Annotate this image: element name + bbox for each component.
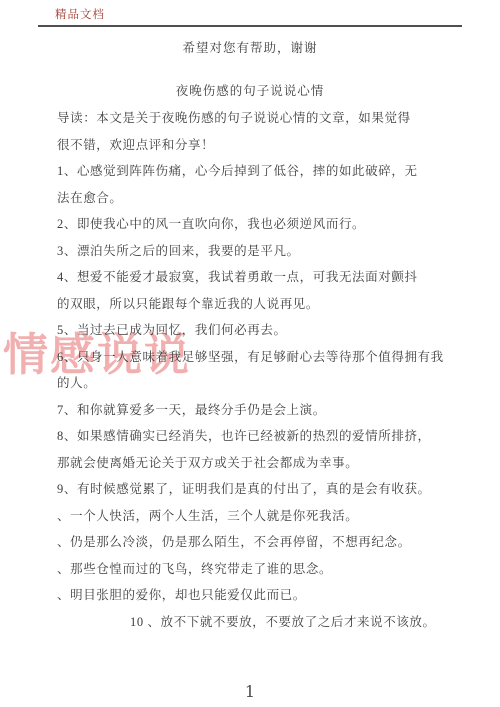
body-line: 3、漂泊失所之后的回来，我要的是平凡。 (57, 244, 462, 258)
body-line: 5、当过去已成为回忆，我们何必再去。 (57, 323, 462, 337)
closing-line: 10 、放不下就不要放，不要放了之后才来说不该放。 (0, 615, 500, 629)
body-line: 2、即使我心中的风一直吹向你，我也必须逆风而行。 (57, 217, 462, 231)
body-line: 7、和你就算爱多一天，最终分手仍是会上演。 (57, 403, 462, 417)
document-title: 夜晚伤感的句子说说心情 (0, 84, 500, 98)
body-line: 1、心感觉到阵阵伤痛，心今后掉到了低谷，摔的如此破碎，无 (57, 164, 462, 178)
body-line: 法在愈合。 (57, 191, 462, 205)
body-line: 、明目张胆的爱你，却也只能爱仅此而已。 (57, 588, 462, 602)
body-line: 4、想爱不能爱才最寂寞，我试着勇敢一点，可我无法面对颤抖 (57, 270, 462, 284)
greeting-line: 希望对您有帮助，谢谢 (0, 41, 500, 55)
body-line: 那就会使离婚无论关于双方或关于社会都成为幸事。 (57, 456, 462, 470)
body-line: 、仍是那么冷淡，仍是那么陌生，不会再停留，不想再纪念。 (57, 535, 462, 549)
body-line: 很不错，欢迎点评和分享！ (57, 138, 462, 152)
body-line: 6、只身一人意味着我足够坚强，有足够耐心去等待那个值得拥有我 (57, 350, 462, 364)
body-line: 的人。 (57, 376, 462, 390)
body-line: 9、有时候感觉累了，证明我们是真的付出了，真的是会有收获。 (57, 482, 462, 496)
body-line: 8、如果感情确实已经消失，也许已经被新的热烈的爱情所排挤， (57, 429, 462, 443)
document-body: 导读：本文是关于夜晚伤感的句子说说心情的文章，如果觉得 很不错，欢迎点评和分享！… (0, 111, 500, 602)
body-line: 导读：本文是关于夜晚伤感的句子说说心情的文章，如果觉得 (57, 111, 462, 125)
page-number: 1 (0, 683, 500, 701)
body-line: 的双眼，所以只能跟每个靠近我的人说再见。 (57, 297, 462, 311)
document-page: 精品文档 希望对您有帮助，谢谢 夜晚伤感的句子说说心情 情感说说 导读：本文是关… (0, 0, 500, 707)
body-line: 、那些仓惶而过的飞鸟，终究带走了谁的思念。 (57, 562, 462, 576)
header-brand-text: 精品文档 (55, 9, 105, 21)
page-header: 精品文档 (38, 0, 462, 27)
body-line: 、一个人快活，两个人生活，三个人就是你死我活。 (57, 509, 462, 523)
